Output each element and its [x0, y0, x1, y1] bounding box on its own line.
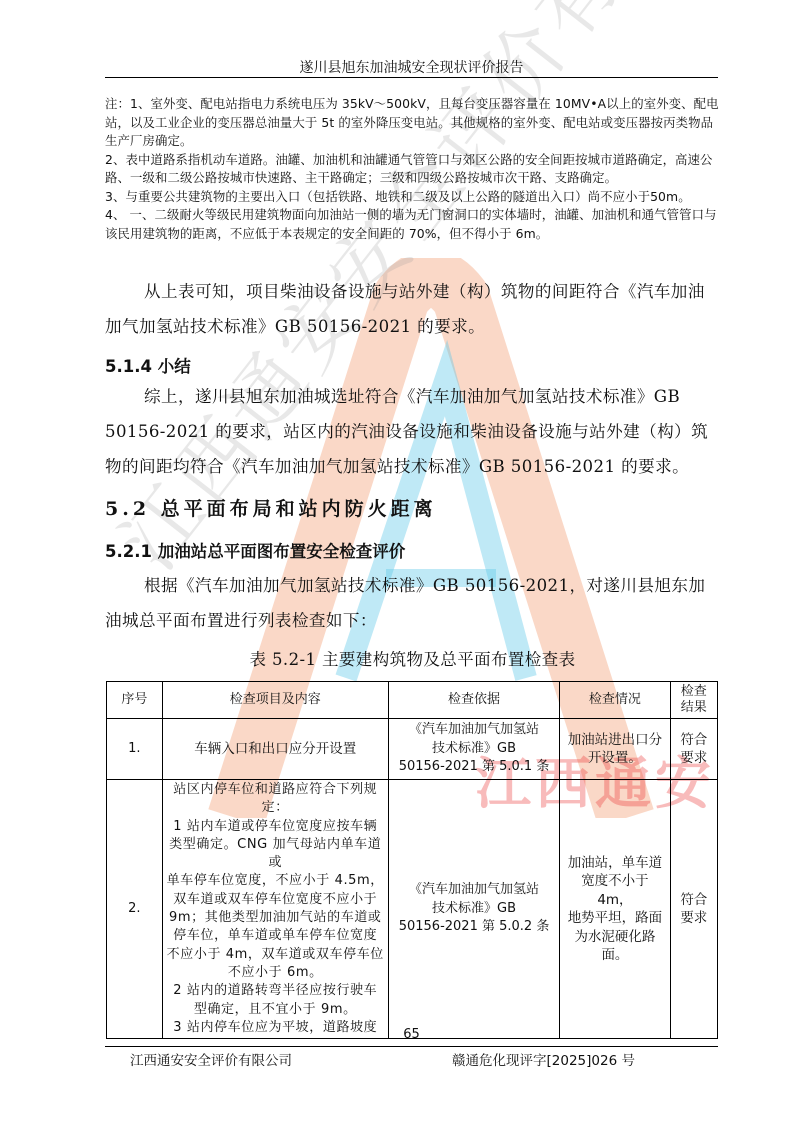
basis-line: 《汽车加油加气加氢站 — [392, 881, 556, 900]
row-result: 符合 要求 — [670, 719, 717, 780]
item-line: 双车道或双车停车位宽度不应小于 — [166, 891, 385, 909]
paragraph-intro-checklist: 根据《汽车加油加气加氢站技术标准》GB 50156-2021，对遂川县旭东加油城… — [105, 568, 720, 638]
status-line: 面。 — [563, 946, 666, 965]
document-page: 江西通安安全评价有限公司 江西通安 遂川县旭东加油城安全现状评价报告 注：1、室… — [0, 0, 793, 1122]
heading-5-1-4: 5.1.4 小结 — [105, 353, 191, 377]
result-line: 要求 — [674, 749, 714, 768]
row-status: 加油站，单车道 宽度不小于 4m， 地势平坦，路面 为水泥硬化路 面。 — [560, 780, 670, 1039]
status-line: 开设置。 — [563, 749, 666, 768]
footer-doc-number: 赣通危化现评字[2025]026 号 — [452, 1049, 635, 1069]
row-item: 车辆入口和出口应分开设置 — [162, 719, 388, 780]
item-line: 1 站内车道或停车位宽度应按车辆 — [166, 818, 385, 836]
status-line: 地势平坦，路面 — [563, 909, 666, 928]
row-basis: 《汽车加油加气加氢站 技术标准》GB 50156-2021 第 5.0.2 条 — [388, 780, 559, 1039]
item-line: 型确定，且不宜小于 9m。 — [166, 1001, 385, 1019]
page-header-title: 遂川县旭东加油城安全现状评价报告 — [105, 57, 718, 77]
paragraph-text: 从上表可知，项目柴油设备设施与站外建（构）筑物的间距符合《汽车加油加气加氢站技术… — [105, 274, 720, 344]
item-line: 9m；其他类型加油加气站的车道或 — [166, 909, 385, 927]
item-line: 停车位，单车道或单车停车位宽度 — [166, 927, 385, 945]
paragraph-summary: 综上，遂川县旭东加油城选址符合《汽车加油加气加氢站技术标准》GB 50156-2… — [105, 379, 720, 484]
row-item: 站区内停车位和道路应符合下列规 定： 1 站内车道或停车位宽度应按车辆 类型确定… — [162, 780, 388, 1039]
paragraph-text: 根据《汽车加油加气加氢站技术标准》GB 50156-2021，对遂川县旭东加油城… — [105, 568, 720, 638]
row-result: 符合 要求 — [670, 780, 717, 1039]
header-status: 检查情况 — [560, 682, 670, 719]
heading-5-2: 5.2 总平面布局和站内防火距离 — [105, 494, 437, 521]
table-row: 2. 站区内停车位和道路应符合下列规 定： 1 站内车道或停车位宽度应按车辆 类… — [107, 780, 718, 1039]
item-line: 不应小于 4m，双车道或双车停车位 — [166, 946, 385, 964]
table-row: 1. 车辆入口和出口应分开设置 《汽车加油加气加氢站 技术标准》GB 50156… — [107, 719, 718, 780]
result-line: 符合 — [674, 731, 714, 750]
item-line: 单车停车位宽度，不应小于 4.5m， — [166, 872, 385, 890]
footer-company: 江西通安安全评价有限公司 — [130, 1049, 292, 1069]
paragraph-conclusion-diesel: 从上表可知，项目柴油设备设施与站外建（构）筑物的间距符合《汽车加油加气加氢站技术… — [105, 274, 720, 344]
note-4: 4、 一、二级耐火等级民用建筑物面向加油站一侧的墙为无门窗洞口的实体墙时，油罐、… — [105, 206, 720, 243]
basis-line: 50156-2021 第 5.0.1 条 — [392, 758, 556, 777]
status-line: 为水泥硬化路 — [563, 928, 666, 947]
header-result: 检查结果 — [670, 682, 717, 719]
status-line: 宽度不小于 4m， — [563, 872, 666, 909]
footer-divider — [105, 1046, 718, 1047]
item-line: 2 站内的道路转弯半径应按行驶车 — [166, 982, 385, 1000]
item-line: 定： — [166, 799, 385, 817]
result-line: 要求 — [674, 909, 714, 928]
row-no: 1. — [107, 719, 163, 780]
header-result-text: 检查结果 — [680, 684, 708, 716]
layout-check-table: 序号 检查项目及内容 检查依据 检查情况 检查结果 1. 车辆入口和出口应分开设… — [106, 681, 718, 1039]
header-basis: 检查依据 — [388, 682, 559, 719]
item-line: 类型确定。CNG 加气母站内单车道或 — [166, 836, 385, 873]
note-3: 3、与重要公共建筑物的主要出入口（包括铁路、地铁和二级及以上公路的隧道出入口）尚… — [105, 188, 720, 207]
basis-line: 50156-2021 第 5.0.2 条 — [392, 918, 556, 937]
basis-line: 技术标准》GB — [392, 900, 556, 919]
row-status: 加油站进出口分 开设置。 — [560, 719, 670, 780]
status-line: 加油站，单车道 — [563, 854, 666, 873]
table-header-row: 序号 检查项目及内容 检查依据 检查情况 检查结果 — [107, 682, 718, 719]
note-2: 2、表中道路系指机动车道路。油罐、加油机和油罐通气管管口与郊区公路的安全间距按城… — [105, 151, 720, 188]
note-1: 注：1、室外变、配电站指电力系统电压为 35kV～500kV，且每台变压器容量在… — [105, 95, 720, 151]
basis-line: 《汽车加油加气加氢站 — [392, 721, 556, 740]
row-basis: 《汽车加油加气加氢站 技术标准》GB 50156-2021 第 5.0.1 条 — [388, 719, 559, 780]
item-line: 站区内停车位和道路应符合下列规 — [166, 781, 385, 799]
basis-line: 技术标准》GB — [392, 740, 556, 759]
table-caption: 表 5.2-1 主要建构筑物及总平面布置检查表 — [105, 646, 720, 670]
item-line: 不应小于 6m。 — [166, 964, 385, 982]
header-divider — [105, 77, 718, 78]
page-number: 65 — [105, 1027, 718, 1042]
result-line: 符合 — [674, 891, 714, 910]
paragraph-text: 综上，遂川县旭东加油城选址符合《汽车加油加气加氢站技术标准》GB 50156-2… — [105, 379, 720, 484]
status-line: 加油站进出口分 — [563, 731, 666, 750]
row-no: 2. — [107, 780, 163, 1039]
table-notes: 注：1、室外变、配电站指电力系统电压为 35kV～500kV，且每台变压器容量在… — [105, 95, 720, 243]
heading-5-2-1: 5.2.1 加油站总平面图布置安全检查评价 — [105, 538, 405, 562]
header-item: 检查项目及内容 — [162, 682, 388, 719]
header-no: 序号 — [107, 682, 163, 719]
